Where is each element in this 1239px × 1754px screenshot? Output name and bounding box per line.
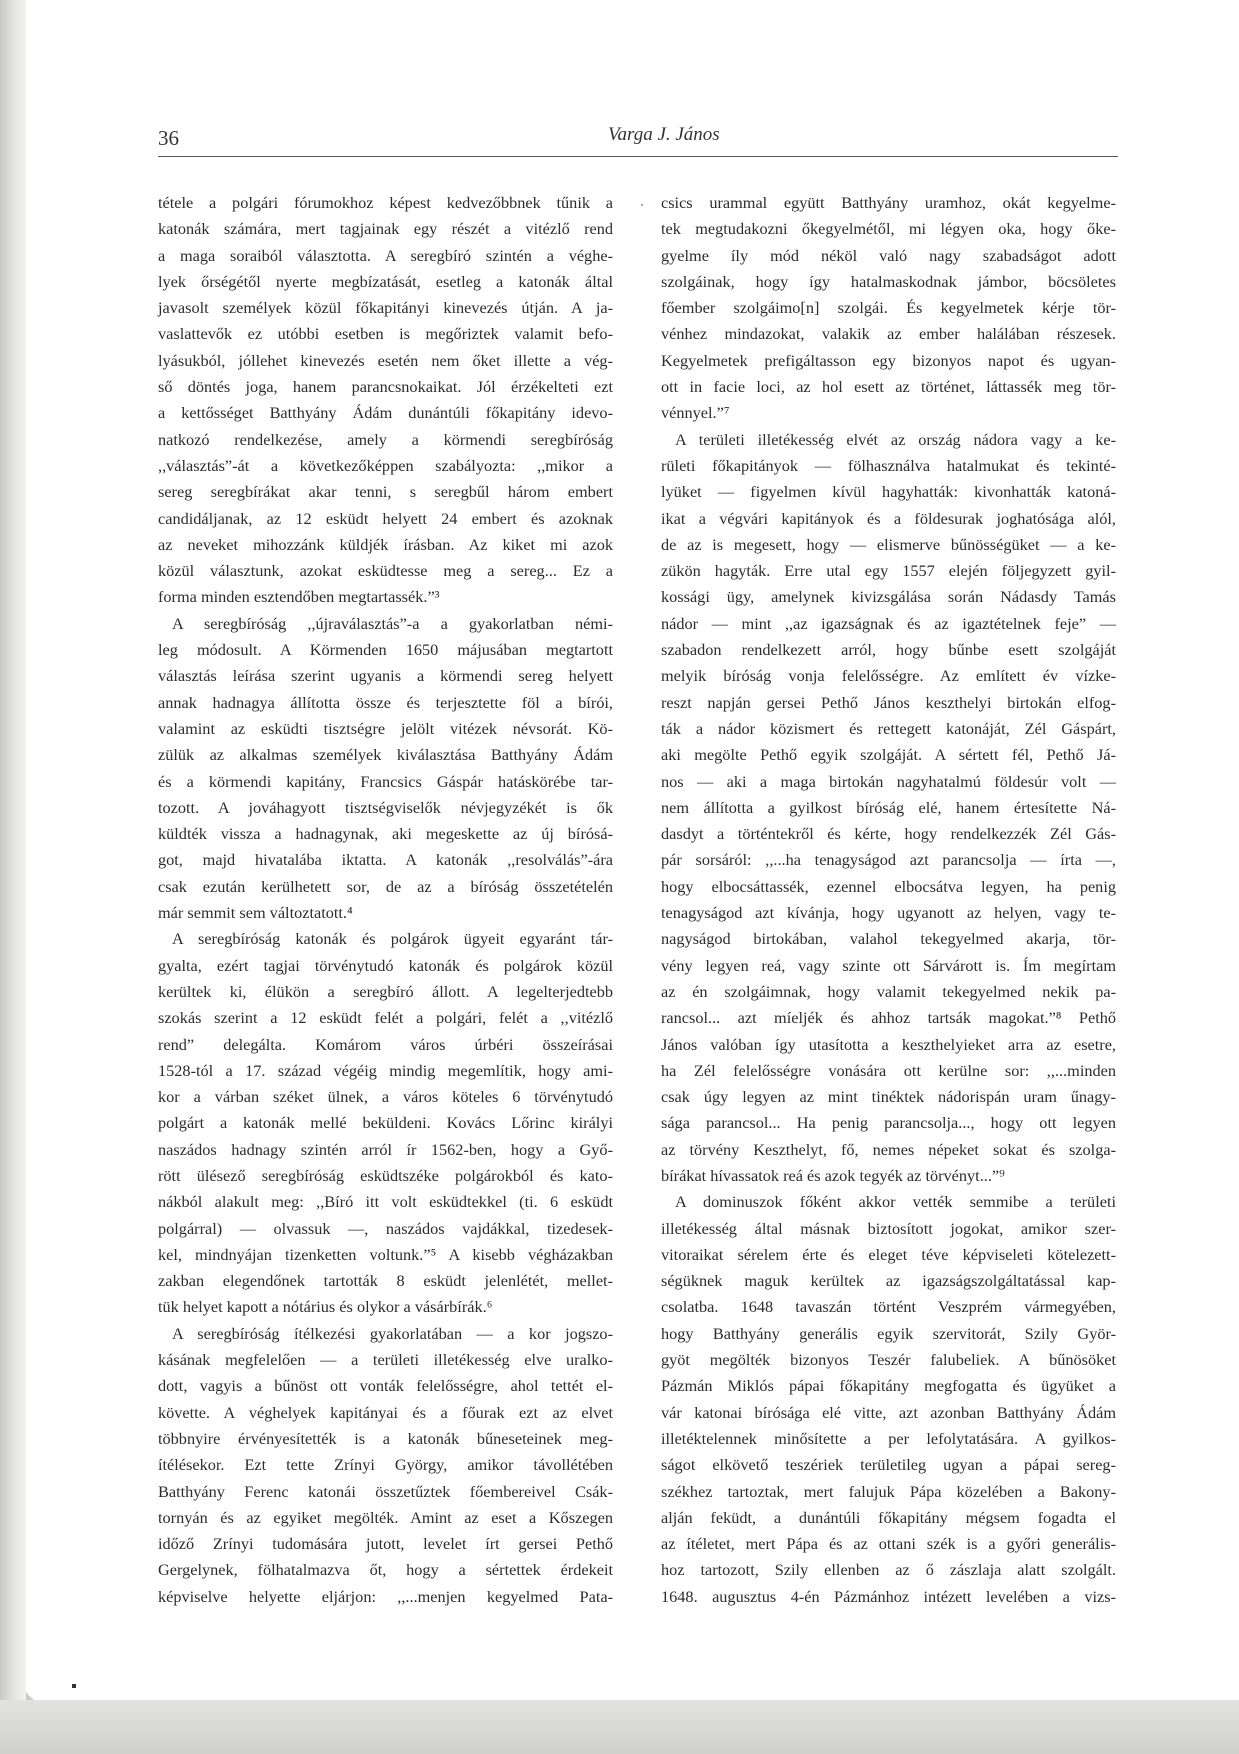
text-line: polgárral) — olvassuk —, naszádos vajdák…: [158, 1216, 613, 1242]
text-line: nákból alakult meg: ,,Bíró itt volt eskü…: [158, 1189, 613, 1215]
text-line: de az is megesett, hogy — elismerve bűnö…: [661, 532, 1116, 558]
text-line: az ítéletet, mert Pápa és az ottani szék…: [661, 1531, 1116, 1557]
text-line: vár katonai bírósága elé vitte, azt azon…: [661, 1400, 1116, 1426]
text-line: sága parancsol... Ha penig parancsolja..…: [661, 1110, 1116, 1136]
text-line: lyüket — figyelmen kívül hagyhatták: kiv…: [661, 479, 1116, 505]
text-line: rületi főkapitányok — fölhasználva hatal…: [661, 453, 1116, 479]
text-line: annak hadnagya állította össze és terjes…: [158, 690, 613, 716]
scan-mark: [72, 1684, 76, 1688]
text-line: gyelme íly mód néköl való nagy szabadság…: [661, 243, 1116, 269]
text-line: kásának megfelelően — a területi illeték…: [158, 1347, 613, 1373]
text-line: A területi illetékesség elvét az ország …: [661, 427, 1116, 453]
text-line: dott, vagyis a bűnöst ott vonták felelős…: [158, 1373, 613, 1399]
text-line: tenagyságod azt kívánja, hogy ugyanott a…: [661, 900, 1116, 926]
text-line: gyöt megölték bizonyos Teszér falubeliek…: [661, 1347, 1116, 1373]
text-line: kel, mindnyájan tizenketten voltunk.”⁵ A…: [158, 1242, 613, 1268]
text-line: melyik bíróság vonja felelősségre. Az em…: [661, 663, 1116, 689]
text-line: csak úgy legyen az mint tinéktek nádoris…: [661, 1084, 1116, 1110]
text-line: csolatba. 1648 tavaszán történt Veszprém…: [661, 1294, 1116, 1320]
text-line: A seregbíróság ítélkezési gyakorlatában …: [158, 1321, 613, 1347]
text-line: tornyán és az egyiket megölték. Amint az…: [158, 1505, 613, 1531]
text-line: zakban elegendőnek tartották 8 esküdt je…: [158, 1268, 613, 1294]
text-line: got, majd hivatalába iktatta. A katonák …: [158, 847, 613, 873]
text-line: hogy Batthyány generális egyik szervitor…: [661, 1321, 1116, 1347]
text-line: bírákat hívassatok reá és azok tegyék az…: [661, 1163, 1116, 1189]
text-line: az neveket mihozzánk küldjék írásban. Az…: [158, 532, 613, 558]
text-line: képviselve helyette eljárjon: ,,...menje…: [158, 1584, 613, 1610]
text-line: ikat a végvári kapitányok és a földesura…: [661, 506, 1116, 532]
text-line: hoz tartozott, Szily ellenben az ő zászl…: [661, 1557, 1116, 1583]
text-line: A dominuszok főként akkor vették semmibe…: [661, 1189, 1116, 1215]
text-line: lyek őrségétől nyerte megbízatását, eset…: [158, 269, 613, 295]
scan-speck: [641, 204, 643, 206]
text-line: szabadon rendelkezett arról, hogy bűnbe …: [661, 637, 1116, 663]
text-line: dasdyt a történtekről és kérte, hogy ren…: [661, 821, 1116, 847]
text-line: ső döntés joga, hanem parancsnokaikat. J…: [158, 374, 613, 400]
text-line: katonák számára, mert tagjainak egy rész…: [158, 216, 613, 242]
text-line: kossági ügy, amelynek kivizsgálása során…: [661, 584, 1116, 610]
text-line: vény legyen reá, vagy szinte ott Sárváro…: [661, 953, 1116, 979]
text-line: ságot elkövető teszériek területileg ugy…: [661, 1452, 1116, 1478]
text-line: ták a nádor közismert és rettegett katon…: [661, 716, 1116, 742]
text-line: zülük az alkalmas személyek kiválasztása…: [158, 742, 613, 768]
text-line: és a körmendi kapitány, Francsics Gáspár…: [158, 769, 613, 795]
text-line: candidáljanak, az 12 esküdt helyett 24 e…: [158, 506, 613, 532]
text-line: A seregbíróság katonák és polgárok ügyei…: [158, 926, 613, 952]
scan-background-bottom: [0, 1700, 1239, 1754]
text-line: reszt napján gersei Pethő János keszthel…: [661, 690, 1116, 716]
text-line: nem állította a gyilkost bíróság elé, ha…: [661, 795, 1116, 821]
text-line: alján feküdt, a dunántúli főkapitány még…: [661, 1505, 1116, 1531]
page-number: 36: [158, 126, 179, 151]
text-line: polgárt a katonák mellé beküldeni. Kovác…: [158, 1110, 613, 1136]
text-line: Pázmán Miklós pápai főkapitány megfogatt…: [661, 1373, 1116, 1399]
text-line: küldték vissza a hadnagynak, aki megeske…: [158, 821, 613, 847]
text-line: tétele a polgári fórumokhoz képest kedve…: [158, 190, 613, 216]
text-line: követte. A véghelyek kapitányai és a főu…: [158, 1400, 613, 1426]
text-line: többnyire érvényesítették is a katonák b…: [158, 1426, 613, 1452]
text-line: közül választunk, azokat esküdtesse meg …: [158, 558, 613, 584]
text-line: valamint az esküdti tisztségre jelölt vi…: [158, 716, 613, 742]
text-line: kor a várban széket ülnek, a város kötel…: [158, 1084, 613, 1110]
text-line: már semmit sem változtatott.⁴: [158, 900, 613, 926]
right-text-column: csics urammal együtt Batthyány uramhoz, …: [661, 190, 1116, 1610]
text-line: A seregbíróság ,,újraválasztás”-a a gyak…: [158, 611, 613, 637]
running-header: 36 Varga J. János: [158, 120, 1118, 160]
text-line: Batthyány Ferenc katonái összetűztek főe…: [158, 1479, 613, 1505]
text-line: lyásukból, jóllehet kinevezés esetén nem…: [158, 348, 613, 374]
text-line: kerültek ki, élükön a seregbíró állott. …: [158, 979, 613, 1005]
text-line: időző Zrínyi tudomására jutott, levelet …: [158, 1531, 613, 1557]
text-line: szokás szerint a 12 esküdt felét a polgá…: [158, 1005, 613, 1031]
text-line: ott in facie loci, az hol esett az törté…: [661, 374, 1116, 400]
text-line: javasolt személyek közül főkapitányi kin…: [158, 295, 613, 321]
text-line: az törvény Keszthelyt, fő, nemes népeket…: [661, 1137, 1116, 1163]
text-line: vaslattevők ez utóbbi esetben is megőriz…: [158, 321, 613, 347]
text-line: székhez tartoztak, mert falujuk Pápa köz…: [661, 1479, 1116, 1505]
text-line: ítélésekor. Ezt tette Zrínyi György, ami…: [158, 1452, 613, 1478]
text-line: gyalta, ezért tagjai törvénytudó katonák…: [158, 953, 613, 979]
running-title-author: Varga J. János: [608, 124, 720, 146]
text-line: pár sorsáról: ,,...ha tenagyságod azt pa…: [661, 847, 1116, 873]
text-line: natkozó rendelkezése, amely a körmendi s…: [158, 427, 613, 453]
text-line: vitoraikat sérelem érte és eleget téve k…: [661, 1242, 1116, 1268]
text-line: hogy elbocsáttassék, ezennel elbocsátva …: [661, 874, 1116, 900]
text-line: tük helyet kapott a nótárius és olykor a…: [158, 1294, 613, 1320]
binding-shadow: [0, 0, 26, 1754]
text-line: Kegyelmetek prefigáltasson egy bizonyos …: [661, 348, 1116, 374]
text-line: az én szolgáimnak, hogy valamit tekegyel…: [661, 979, 1116, 1005]
text-line: tek megtudakozni őkegyelmétől, mi légyen…: [661, 216, 1116, 242]
text-line: vénnyel.”⁷: [661, 400, 1116, 426]
left-text-column: tétele a polgári fórumokhoz képest kedve…: [158, 190, 613, 1610]
text-line: nádor — mint ,,az igazságnak és az igazt…: [661, 611, 1116, 637]
text-line: ha Zél felelősségre vonására ott kerülne…: [661, 1058, 1116, 1084]
text-line: zükön hagyták. Erre utal egy 1557 elején…: [661, 558, 1116, 584]
text-line: naszádos hadnagy szintén arról ír 1562-b…: [158, 1137, 613, 1163]
text-line: leg módosult. A Körmenden 1650 májusában…: [158, 637, 613, 663]
text-line: főember szolgáimo[n] szolgái. És kegyelm…: [661, 295, 1116, 321]
text-line: a kettősséget Batthyány Ádám dunántúli f…: [158, 400, 613, 426]
text-line: aki megölte Pethő egyik szolgáját. A sér…: [661, 742, 1116, 768]
text-line: ségüknek maguk kerültek az igazságszolgá…: [661, 1268, 1116, 1294]
text-line: rött ülésező seregbíróság esküdtszéke po…: [158, 1163, 613, 1189]
text-line: forma minden esztendőben megtartassék.”³: [158, 584, 613, 610]
text-line: 1528-tól a 17. század végéig mindig mege…: [158, 1058, 613, 1084]
text-line: rancsol... azt míeljék és ahhoz tartsák …: [661, 1005, 1116, 1031]
text-line: vénhez mindazokat, valakik az ember halá…: [661, 321, 1116, 347]
text-line: sereg seregbírákat akar tenni, s seregbű…: [158, 479, 613, 505]
text-line: nagyságod birtokában, valahol tekegyelme…: [661, 926, 1116, 952]
text-line: 1648. augusztus 4-én Pázmánhoz intézett …: [661, 1584, 1116, 1610]
text-line: szolgáinak, hogy így hatalmaskodnak jámb…: [661, 269, 1116, 295]
text-line: csics urammal együtt Batthyány uramhoz, …: [661, 190, 1116, 216]
text-line: ,,választás”-át a következőképpen szabál…: [158, 453, 613, 479]
text-line: választás leírása szerint ugyanis a körm…: [158, 663, 613, 689]
header-rule: [158, 156, 1118, 157]
text-line: csak ezután kerülhetett sor, de az a bír…: [158, 874, 613, 900]
text-line: a maga soraiból választotta. A seregbíró…: [158, 243, 613, 269]
text-line: illetékesség által másnak biztosított jo…: [661, 1216, 1116, 1242]
text-line: rend” delegálta. Komárom város úrbéri ös…: [158, 1032, 613, 1058]
text-line: Gergelynek, fölhatalmazva őt, hogy a sér…: [158, 1557, 613, 1583]
text-line: nos — aki a maga birtokán nagyhatalmú fö…: [661, 769, 1116, 795]
text-line: tozott. A jováhagyott tisztségviselők né…: [158, 795, 613, 821]
text-line: János valóban így utasította a keszthely…: [661, 1032, 1116, 1058]
text-line: illetéktelennek minősítette a per lefoly…: [661, 1426, 1116, 1452]
